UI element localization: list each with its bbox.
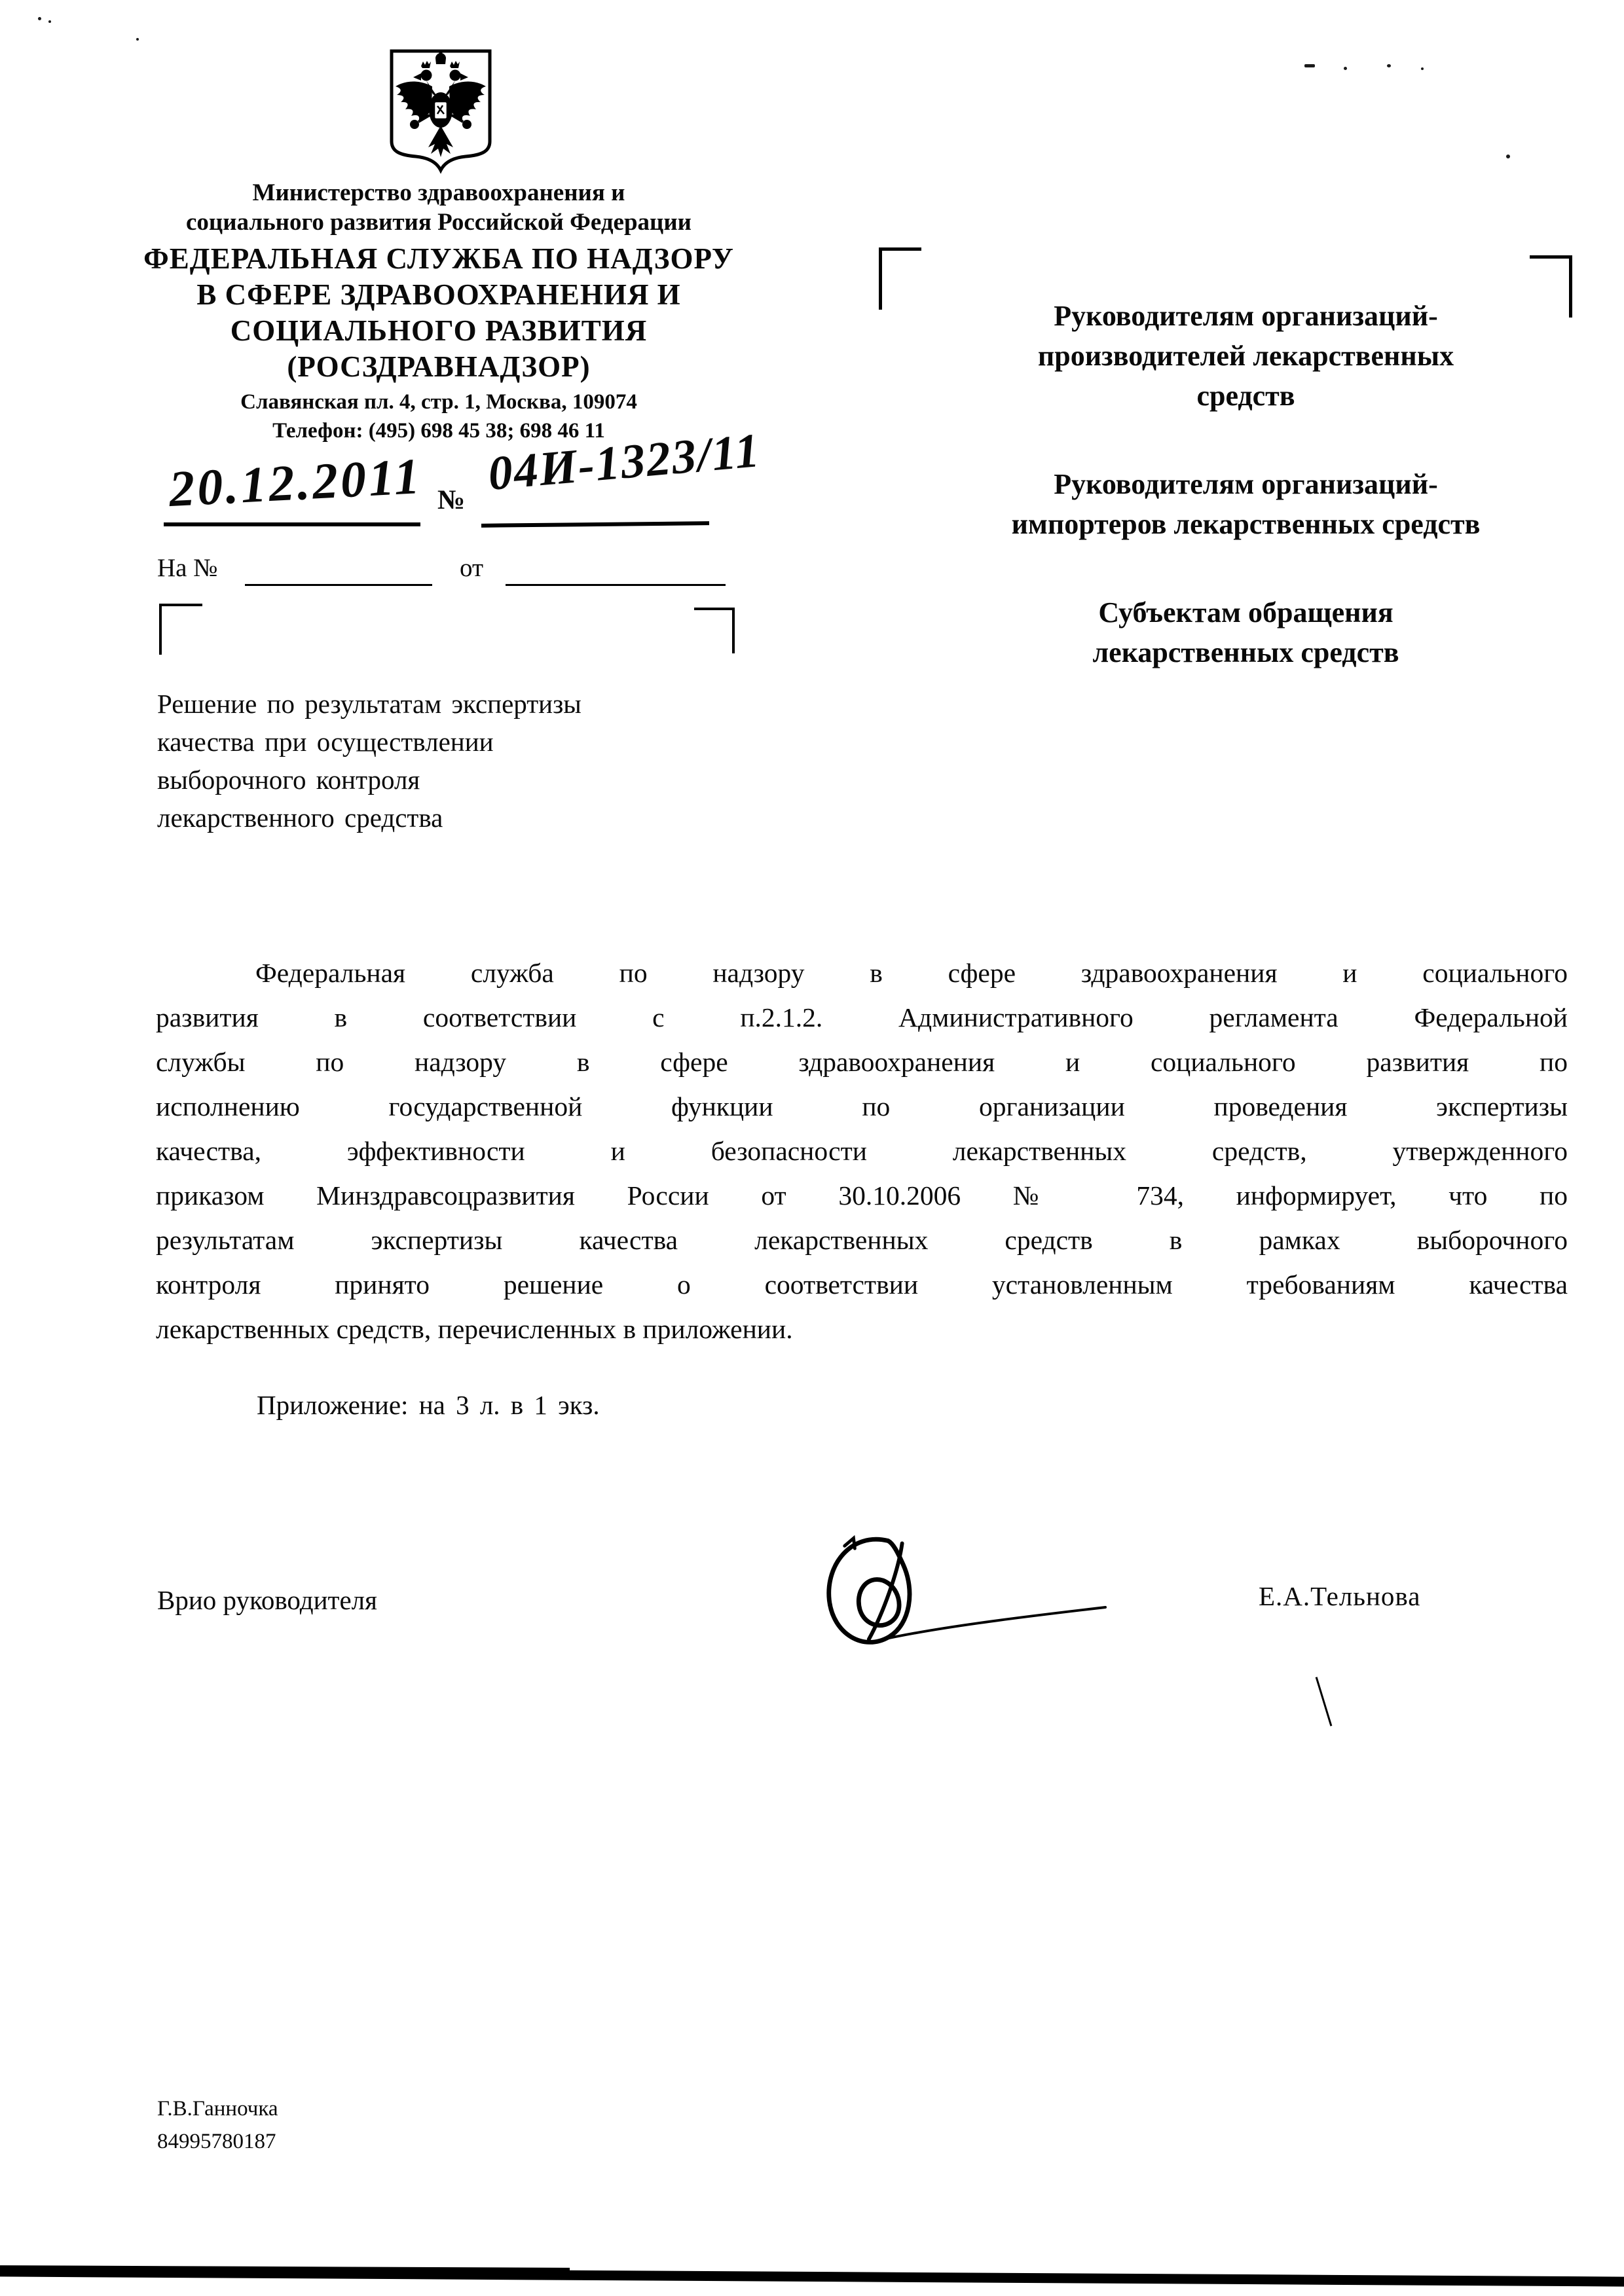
subject-line: Решение по результатам экспертизы — [157, 685, 720, 723]
subject-line: выборочного контроля — [157, 761, 720, 799]
agency-line: (РОСЗДРАВНАДЗОР) — [98, 349, 779, 385]
scanned-letter-page: Министерство здравоохранения и социально… — [0, 0, 1624, 2296]
scan-noise-dot — [1387, 64, 1391, 67]
scan-noise-dot — [1344, 67, 1347, 70]
number-underline — [481, 521, 709, 528]
signer-position: Врио руководителя — [157, 1584, 377, 1616]
scan-noise-dot — [1421, 67, 1424, 70]
handwritten-date: 20.12.2011 — [168, 446, 424, 519]
addressee-line: Субъектам обращения — [940, 592, 1552, 632]
reply-date-blank-line — [506, 584, 726, 586]
date-underline — [164, 522, 420, 526]
corner-mark-subject-right — [694, 608, 735, 653]
ministry-line: Министерство здравоохранения и — [98, 178, 779, 208]
scan-noise-dash — [1304, 64, 1315, 67]
subject-block: Решение по результатам экспертизы качест… — [157, 685, 720, 837]
executor-block: Г.В.Ганночка 84995780187 — [157, 2092, 278, 2158]
executor-name: Г.В.Ганночка — [157, 2092, 278, 2125]
number-sign: № — [437, 484, 465, 516]
addressee-line: Руководителям организаций- — [940, 296, 1552, 336]
body-paragraph: Федеральная служба по надзору в сфере зд… — [156, 951, 1568, 1351]
body-line: развития в соответствии с п.2.1.2. Админ… — [156, 995, 1568, 1040]
agency-line: ФЕДЕРАЛЬНАЯ СЛУЖБА ПО НАДЗОРУ — [98, 241, 779, 277]
addressee-line: средств — [940, 376, 1552, 416]
corner-mark-addressee-left — [879, 247, 921, 310]
reply-to-number-label: На № — [157, 553, 217, 583]
signer-name: Е.А.Тельнова — [1259, 1580, 1420, 1612]
addressee-block: Руководителям организаций- производителе… — [940, 296, 1552, 672]
pen-stroke-mark — [1316, 1677, 1333, 1726]
attachment-note: Приложение: на 3 л. в 1 экз. — [257, 1389, 600, 1421]
letterhead-address: Славянская пл. 4, стр. 1, Москва, 109074 — [98, 388, 779, 416]
addressee-line: производителей лекарственных — [940, 336, 1552, 376]
body-line: качества, эффективности и безопасности л… — [156, 1129, 1568, 1173]
scan-noise-dot — [1506, 155, 1510, 158]
executor-phone: 84995780187 — [157, 2125, 278, 2158]
scan-noise-dot — [38, 17, 41, 20]
addressee-manufacturers: Руководителям организаций- производителе… — [940, 296, 1552, 416]
scan-noise-dot — [136, 38, 139, 41]
agency-line: СОЦИАЛЬНОГО РАЗВИТИЯ — [98, 313, 779, 349]
body-line: контроля принято решение о соответствии … — [156, 1262, 1568, 1307]
subject-line: лекарственного средства — [157, 799, 720, 837]
reply-number-blank-line — [245, 584, 432, 586]
subject-line: качества при осуществлении — [157, 723, 720, 761]
agency-line: В СФЕРЕ ЗДРАВООХРАНЕНИЯ И — [98, 277, 779, 313]
letterhead-agency: ФЕДЕРАЛЬНАЯ СЛУЖБА ПО НАДЗОРУ В СФЕРЕ ЗД… — [98, 241, 779, 385]
addressee-line: импортеров лекарственных средств — [940, 504, 1552, 544]
russian-coat-of-arms-icon — [385, 46, 496, 177]
body-line: службы по надзору в сфере здравоохранени… — [156, 1040, 1568, 1084]
ministry-line: социального развития Российской Федераци… — [98, 208, 779, 237]
body-line: результатам экспертизы качества лекарств… — [156, 1218, 1568, 1262]
body-line: исполнению государственной функции по ор… — [156, 1084, 1568, 1129]
letterhead-ministry: Министерство здравоохранения и социально… — [98, 178, 779, 237]
scan-noise-dot — [48, 20, 51, 23]
addressee-line: лекарственных средств — [940, 632, 1552, 672]
handwritten-signature-icon — [805, 1527, 1139, 1661]
addressee-line: Руководителям организаций- — [940, 464, 1552, 504]
body-line: приказом Минздравсоцразвития России от 3… — [156, 1173, 1568, 1218]
corner-mark-subject-left — [159, 604, 202, 655]
addressee-circulation-subjects: Субъектам обращения лекарственных средст… — [940, 592, 1552, 672]
body-line: лекарственных средств, перечисленных в п… — [156, 1307, 1568, 1351]
body-line: Федеральная служба по надзору в сфере зд… — [156, 951, 1568, 995]
addressee-importers: Руководителям организаций- импортеров ле… — [940, 464, 1552, 544]
reply-from-label: от — [460, 553, 483, 583]
